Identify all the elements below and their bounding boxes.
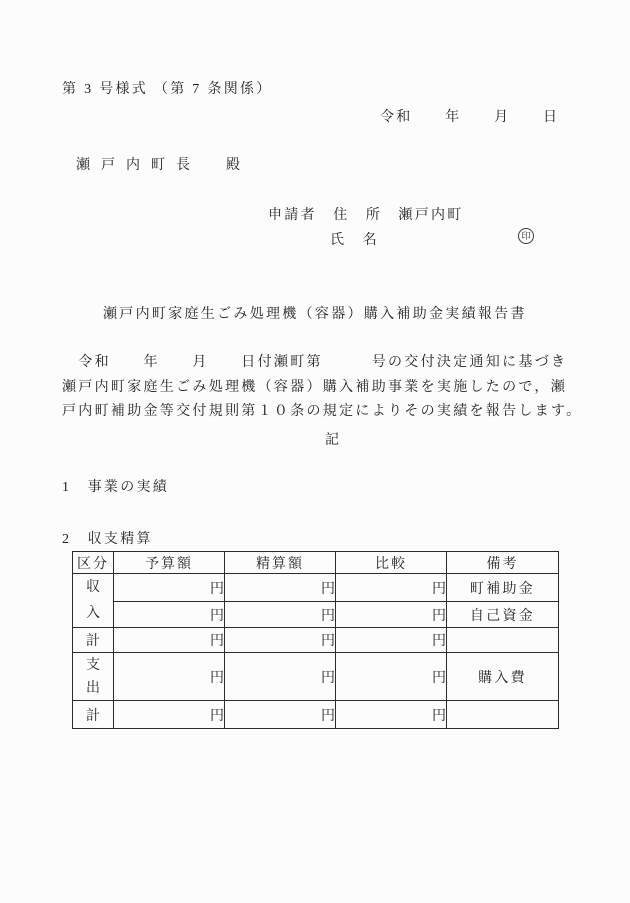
applicant-name-line: 氏 名	[330, 233, 379, 249]
cell-income2-settlement: 円	[225, 602, 336, 628]
note-marker: 記	[325, 433, 341, 449]
cell-expense-total-settlement: 円	[225, 701, 336, 729]
cell-category-income: 収 入	[73, 574, 114, 628]
expense-char-top: 支	[73, 654, 113, 677]
header-settlement: 精算額	[225, 552, 336, 574]
cell-expense-total-remarks	[447, 701, 559, 729]
section-1-heading: 1 事業の実績	[62, 480, 169, 496]
table-header-row: 区分 予算額 精算額 比較 備考	[73, 552, 559, 574]
table-row-income-2: 円 円 円 自己資金	[73, 602, 559, 628]
header-remarks: 備考	[447, 552, 559, 574]
addressee-line: 瀬戸内町長 殿	[76, 158, 251, 174]
header-comparison: 比較	[336, 552, 447, 574]
income-char-bottom: 入	[73, 601, 113, 627]
cell-income-total-budget: 円	[114, 628, 225, 653]
header-budget: 予算額	[114, 552, 225, 574]
table-row-expense-total: 計 円 円 円	[73, 701, 559, 729]
cell-income-total-label: 計	[73, 628, 114, 653]
cell-expense-total-comparison: 円	[336, 701, 447, 729]
cell-income-total-settlement: 円	[225, 628, 336, 653]
section-2-heading: 2 収支精算	[62, 532, 153, 548]
table-row-income-total: 計 円 円 円	[73, 628, 559, 653]
cell-income2-budget: 円	[114, 602, 225, 628]
cell-income1-budget: 円	[114, 574, 225, 602]
cell-income1-comparison: 円	[336, 574, 447, 602]
body-line-2: 瀬戸内町家庭生ごみ処理機（容器）購入補助事業を実施したので，瀬	[62, 380, 567, 396]
page-title: 瀬戸内町家庭生ごみ処理機（容器）購入補助金実績報告書	[103, 307, 527, 323]
cell-income2-remarks: 自己資金	[447, 602, 559, 628]
cell-expense-settlement: 円	[225, 653, 336, 701]
seal-icon: 印	[518, 228, 534, 244]
cell-category-expense: 支 出	[73, 653, 114, 701]
cell-income-total-remarks	[447, 628, 559, 653]
seal-text: 印	[521, 232, 530, 241]
document-page: 第 3 号様式 （第 7 条関係） 令和 年 月 日 瀬戸内町長 殿 申請者 住…	[0, 0, 630, 903]
income-char-top: 収	[73, 575, 113, 601]
date-line: 令和 年 月 日	[380, 110, 559, 126]
cell-expense-total-budget: 円	[114, 701, 225, 729]
table-row-expense: 支 出 円 円 円 購入費	[73, 653, 559, 701]
cell-expense-comparison: 円	[336, 653, 447, 701]
cell-income-total-comparison: 円	[336, 628, 447, 653]
cell-expense-budget: 円	[114, 653, 225, 701]
expense-char-bottom: 出	[73, 677, 113, 700]
table-row-income-1: 収 入 円 円 円 町補助金	[73, 574, 559, 602]
form-number: 第 3 号様式 （第 7 条関係）	[62, 82, 273, 98]
body-line-1: 令和 年 月 日付瀬町第 号の交付決定通知に基づき	[62, 355, 567, 371]
cell-income1-settlement: 円	[225, 574, 336, 602]
cell-income1-remarks: 町補助金	[447, 574, 559, 602]
body-line-3: 戸内町補助金等交付規則第１０条の規定によりその実績を報告します。	[62, 404, 582, 420]
cell-expense-total-label: 計	[73, 701, 114, 729]
cell-income2-comparison: 円	[336, 602, 447, 628]
applicant-address-line: 申請者 住 所 瀬戸内町	[268, 208, 464, 224]
settlement-table: 区分 予算額 精算額 比較 備考 収 入 円 円 円 町補助金 円 円 円	[72, 551, 559, 729]
header-category: 区分	[73, 552, 114, 574]
cell-expense-remarks: 購入費	[447, 653, 559, 701]
